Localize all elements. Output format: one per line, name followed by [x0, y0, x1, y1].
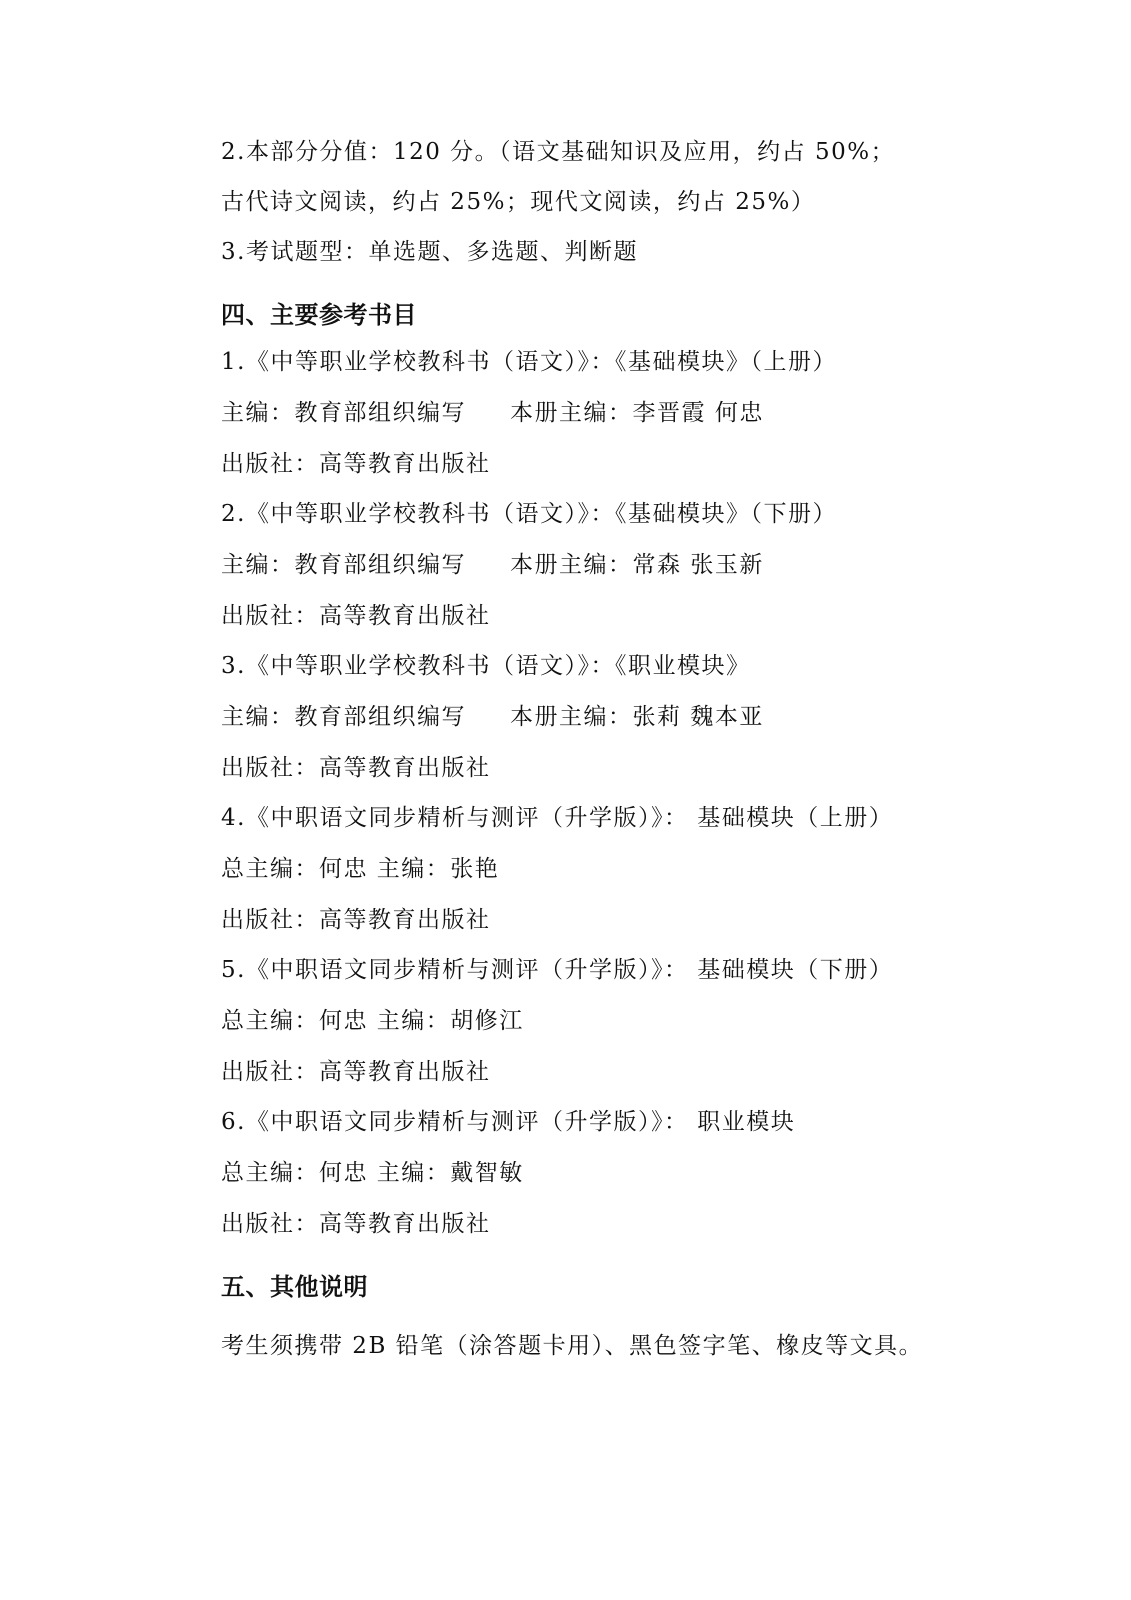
book-3-title: 3.《中等职业学校教科书（语文）》：《职业模块》 — [221, 651, 750, 681]
book-5-editors: 总主编：何忠 主编：胡修江 — [221, 1006, 524, 1036]
book-6-editors: 总主编：何忠 主编：戴智敏 — [221, 1158, 524, 1188]
book-1-editors: 主编：教育部组织编写 本册主编：李晋霞 何忠 — [221, 398, 764, 428]
book-1-title: 1.《中等职业学校教科书（语文）》：《基础模块》（上册） — [221, 347, 837, 377]
book-4-publisher: 出版社：高等教育出版社 — [221, 905, 491, 935]
book-2-publisher: 出版社：高等教育出版社 — [221, 601, 491, 631]
section-heading-other-notes: 五、其他说明 — [221, 1272, 368, 1302]
book-1-publisher: 出版社：高等教育出版社 — [221, 449, 491, 479]
book-3-publisher: 出版社：高等教育出版社 — [221, 753, 491, 783]
book-5-title: 5.《中职语文同步精析与测评（升学版）》： 基础模块（下册） — [221, 955, 893, 985]
book-2-editors: 主编：教育部组织编写 本册主编：常森 张玉新 — [221, 550, 764, 580]
book-6-publisher: 出版社：高等教育出版社 — [221, 1209, 491, 1239]
book-4-editors: 总主编：何忠 主编：张艳 — [221, 854, 499, 884]
book-6-title: 6.《中职语文同步精析与测评（升学版）》： 职业模块 — [221, 1107, 795, 1137]
book-4-title: 4.《中职语文同步精析与测评（升学版）》： 基础模块（上册） — [221, 803, 893, 833]
book-5-publisher: 出版社：高等教育出版社 — [221, 1057, 491, 1087]
score-line-1: 2.本部分分值：120 分。（语文基础知识及应用，约占 50%； — [221, 137, 895, 167]
question-types-line: 3.考试题型：单选题、多选题、判断题 — [221, 237, 638, 267]
book-3-editors: 主编：教育部组织编写 本册主编：张莉 魏本亚 — [221, 702, 764, 732]
other-notes-text: 考生须携带 2B 铅笔（涂答题卡用）、黑色签字笔、橡皮等文具。 — [221, 1331, 923, 1361]
score-line-2: 古代诗文阅读，约占 25%；现代文阅读，约占 25%） — [221, 187, 815, 217]
section-heading-references: 四、主要参考书目 — [221, 300, 417, 330]
book-2-title: 2.《中等职业学校教科书（语文）》：《基础模块》（下册） — [221, 499, 837, 529]
